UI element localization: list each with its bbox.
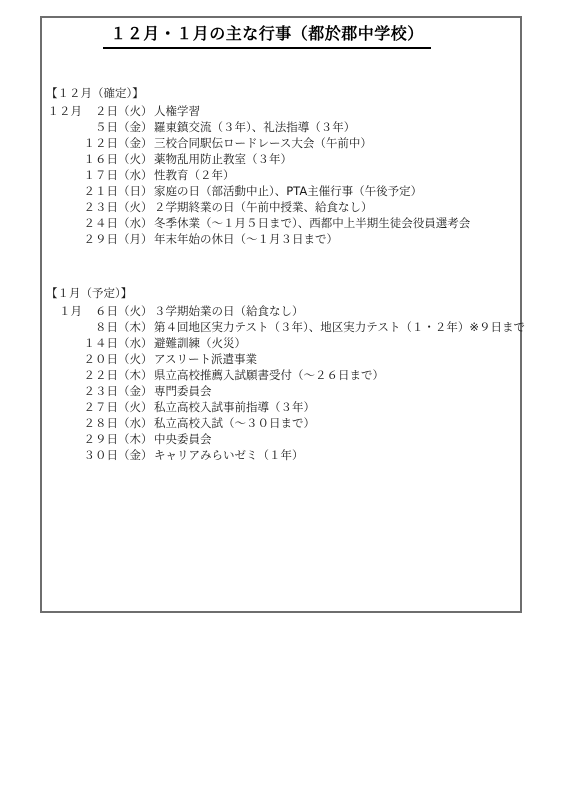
month-label: [46, 151, 82, 167]
month-label: １月: [46, 303, 82, 319]
event-text: 性教育（２年）: [154, 167, 520, 183]
event-text: 年末年始の休日（～１月３日まで）: [154, 231, 520, 247]
page: { "page": { "title": "１２月・１月の主な行事（都於郡中学校…: [0, 0, 565, 800]
event-row: ２８日 （水） 私立高校入試（～３０日まで）: [46, 415, 520, 431]
event-text: 人権学習: [154, 103, 520, 119]
event-row: ２４日 （水） 冬季休業（～１月５日まで）、西都中上半期生徒会役員選考会: [46, 215, 520, 231]
event-text: 薬物乱用防止教室（３年）: [154, 151, 520, 167]
event-text: 専門委員会: [154, 383, 520, 399]
weekday-label: （火）: [118, 199, 154, 215]
weekday-label: （金）: [118, 119, 154, 135]
month-label: [46, 351, 82, 367]
event-sheet: １２月・１月の主な行事（都於郡中学校） 【１２月（確定）】 １２月 ２日 （火）…: [40, 16, 522, 613]
day-label: ２４日: [82, 215, 118, 231]
event-row: ２２日 （木） 県立高校推薦入試願書受付（～２６日まで）: [46, 367, 520, 383]
month-label: [46, 183, 82, 199]
weekday-label: （火）: [118, 303, 154, 319]
section-rows: １月 ６日 （火） ３学期始業の日（給食なし） ８日 （木） 第４回地区実力テス…: [46, 303, 520, 463]
section-header: 【１２月（確定）】: [46, 85, 520, 101]
event-text: 私立高校入試（～３０日まで）: [154, 415, 520, 431]
weekday-label: （水）: [118, 215, 154, 231]
weekday-label: （火）: [118, 151, 154, 167]
event-row: ８日 （木） 第４回地区実力テスト（３年）、地区実力テスト（１・２年）※９日まで: [46, 319, 520, 335]
month-label: [46, 119, 82, 135]
event-row: １月 ６日 （火） ３学期始業の日（給食なし）: [46, 303, 520, 319]
event-row: ２９日 （木） 中央委員会: [46, 431, 520, 447]
month-label: [46, 231, 82, 247]
month-label: [46, 399, 82, 415]
month-label: [46, 167, 82, 183]
event-text: 家庭の日（部活動中止）、PTA主催行事（午後予定）: [154, 183, 520, 199]
day-label: ２９日: [82, 431, 118, 447]
event-row: ２１日 （日） 家庭の日（部活動中止）、PTA主催行事（午後予定）: [46, 183, 520, 199]
event-row: ２３日 （火） ２学期終業の日（午前中授業、給食なし）: [46, 199, 520, 215]
weekday-label: （月）: [118, 231, 154, 247]
day-label: ２９日: [82, 231, 118, 247]
weekday-label: （火）: [118, 103, 154, 119]
event-row: ２７日 （火） 私立高校入試事前指導（３年）: [46, 399, 520, 415]
month-label: [46, 383, 82, 399]
event-row: ２９日 （月） 年末年始の休日（～１月３日まで）: [46, 231, 520, 247]
month-label: [46, 431, 82, 447]
page-title-text: １２月・１月の主な行事（都於郡中学校）: [103, 24, 431, 49]
event-text: ３学期始業の日（給食なし）: [154, 303, 520, 319]
event-text: 避難訓練（火災）: [154, 335, 520, 351]
event-row: ３０日 （金） キャリアみらいゼミ（１年）: [46, 447, 520, 463]
month-label: [46, 319, 82, 335]
weekday-label: （火）: [118, 399, 154, 415]
day-label: １６日: [82, 151, 118, 167]
event-row: ５日 （金） 羅東鎮交流（３年）、礼法指導（３年）: [46, 119, 520, 135]
event-row: １６日 （火） 薬物乱用防止教室（３年）: [46, 151, 520, 167]
weekday-label: （火）: [118, 351, 154, 367]
event-text: キャリアみらいゼミ（１年）: [154, 447, 520, 463]
day-label: ２日: [82, 103, 118, 119]
month-label: １２月: [46, 103, 82, 119]
sections-container: 【１２月（確定）】 １２月 ２日 （火） 人権学習 ５日 （金） 羅東鎮交流（３…: [42, 85, 520, 463]
weekday-label: （金）: [118, 447, 154, 463]
day-label: ２７日: [82, 399, 118, 415]
day-label: ８日: [82, 319, 118, 335]
day-label: ２２日: [82, 367, 118, 383]
event-row: １７日 （水） 性教育（２年）: [46, 167, 520, 183]
event-text: ２学期終業の日（午前中授業、給食なし）: [154, 199, 520, 215]
month-label: [46, 199, 82, 215]
month-label: [46, 447, 82, 463]
day-label: １２日: [82, 135, 118, 151]
section-rows: １２月 ２日 （火） 人権学習 ５日 （金） 羅東鎮交流（３年）、礼法指導（３年…: [46, 103, 520, 247]
event-text: 三校合同駅伝ロードレース大会（午前中）: [154, 135, 520, 151]
month-label: [46, 335, 82, 351]
weekday-label: （金）: [118, 135, 154, 151]
event-text: 羅東鎮交流（３年）、礼法指導（３年）: [154, 119, 520, 135]
weekday-label: （水）: [118, 335, 154, 351]
event-text: 第４回地区実力テスト（３年）、地区実力テスト（１・２年）※９日まで: [154, 319, 525, 335]
day-label: ２３日: [82, 199, 118, 215]
day-label: ２３日: [82, 383, 118, 399]
month-section: 【１２月（確定）】 １２月 ２日 （火） 人権学習 ５日 （金） 羅東鎮交流（３…: [46, 85, 520, 247]
event-row: １２日 （金） 三校合同駅伝ロードレース大会（午前中）: [46, 135, 520, 151]
event-row: ２３日 （金） 専門委員会: [46, 383, 520, 399]
page-title: １２月・１月の主な行事（都於郡中学校）: [28, 24, 506, 49]
month-section: 【１月（予定）】 １月 ６日 （火） ３学期始業の日（給食なし） ８日 （木） …: [46, 285, 520, 463]
month-label: [46, 135, 82, 151]
month-label: [46, 215, 82, 231]
weekday-label: （水）: [118, 415, 154, 431]
day-label: ５日: [82, 119, 118, 135]
weekday-label: （木）: [118, 431, 154, 447]
month-label: [46, 367, 82, 383]
event-row: ２０日 （火） アスリート派遣事業: [46, 351, 520, 367]
weekday-label: （木）: [118, 367, 154, 383]
day-label: １４日: [82, 335, 118, 351]
event-text: 冬季休業（～１月５日まで）、西都中上半期生徒会役員選考会: [154, 215, 520, 231]
weekday-label: （水）: [118, 167, 154, 183]
month-label: [46, 415, 82, 431]
event-text: 県立高校推薦入試願書受付（～２６日まで）: [154, 367, 520, 383]
day-label: ３０日: [82, 447, 118, 463]
day-label: ２１日: [82, 183, 118, 199]
weekday-label: （日）: [118, 183, 154, 199]
day-label: ２０日: [82, 351, 118, 367]
weekday-label: （金）: [118, 383, 154, 399]
day-label: １７日: [82, 167, 118, 183]
day-label: ６日: [82, 303, 118, 319]
weekday-label: （木）: [118, 319, 154, 335]
day-label: ２８日: [82, 415, 118, 431]
event-row: １４日 （水） 避難訓練（火災）: [46, 335, 520, 351]
event-text: 私立高校入試事前指導（３年）: [154, 399, 520, 415]
event-text: アスリート派遣事業: [154, 351, 520, 367]
event-row: １２月 ２日 （火） 人権学習: [46, 103, 520, 119]
section-header: 【１月（予定）】: [46, 285, 520, 301]
event-text: 中央委員会: [154, 431, 520, 447]
